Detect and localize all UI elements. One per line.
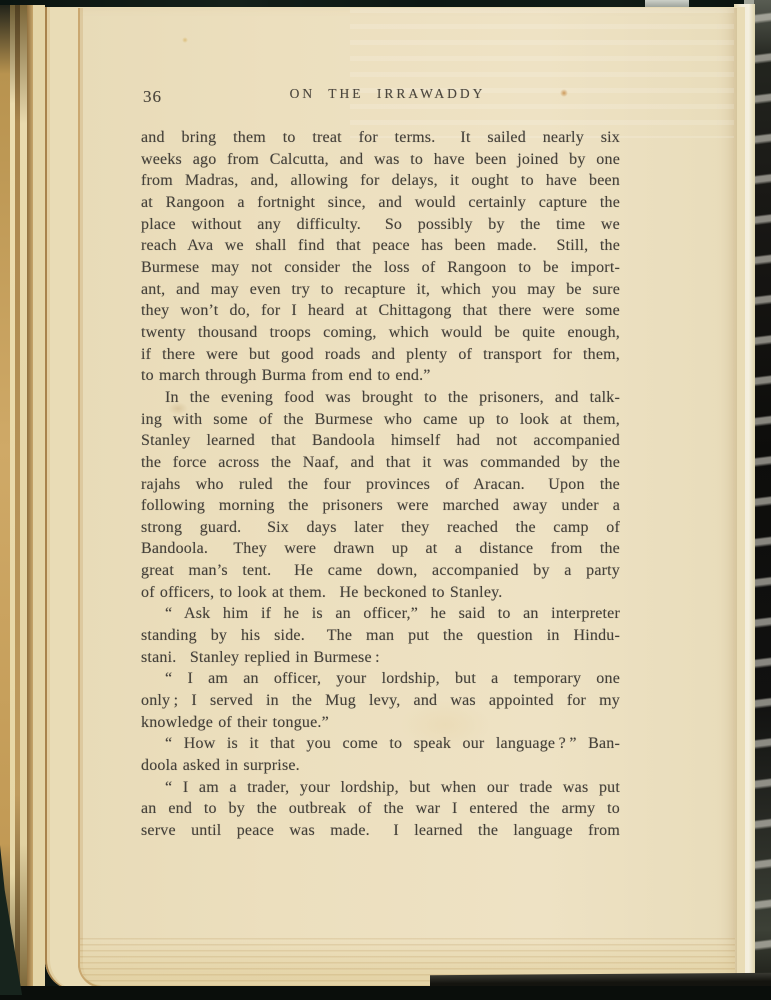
- text-line: knowledge of their tongue.”: [141, 712, 620, 734]
- body-text: and bring them to treat for terms. It sa…: [141, 127, 620, 842]
- page-number: 36: [143, 87, 162, 107]
- text-line: standing by his side. The man put the qu…: [141, 625, 620, 647]
- running-title: ON THE IRRAWADDY: [141, 86, 620, 102]
- page-stack-edge: [33, 5, 45, 992]
- text-line: “ Ask him if he is an officer,” he said …: [141, 603, 620, 625]
- text-line: an end to by the outbreak of the war I e…: [141, 798, 620, 820]
- text-line: only ; I served in the Mug levy, and was…: [141, 690, 620, 712]
- paragraph: “ I am a trader, your lordship, but when…: [141, 777, 620, 842]
- text-line: at Rangoon a fortnight since, and would …: [141, 192, 620, 214]
- text-line: “ How is it that you come to speak our l…: [141, 733, 620, 755]
- text-line: “ I am an officer, your lordship, but a …: [141, 668, 620, 690]
- text-line: Stanley learned that Bandoola himself ha…: [141, 430, 620, 452]
- text-line: and bring them to treat for terms. It sa…: [141, 127, 620, 149]
- paragraph: “ I am an officer, your lordship, but a …: [141, 668, 620, 733]
- text-line: Burmese may not consider the loss of Ran…: [141, 257, 620, 279]
- text-line: stani. Stanley replied in Burmese :: [141, 647, 620, 669]
- scanned-book-page: 36 ON THE IRRAWADDY and bring them to tr…: [0, 0, 771, 1000]
- page-stack-edge: [20, 5, 27, 992]
- text-line: to march through Burma from end to end.”: [141, 365, 620, 387]
- paragraph: In the evening food was brought to the p…: [141, 387, 620, 604]
- text-line: place without any difficulty. So possibl…: [141, 214, 620, 236]
- text-line: twenty thousand troops coming, which wou…: [141, 322, 620, 344]
- text-line: reach Ava we shall find that peace has b…: [141, 235, 620, 257]
- text-line: Bandoola. They were drawn up at a distan…: [141, 538, 620, 560]
- paragraph: “ How is it that you come to speak our l…: [141, 733, 620, 776]
- text-line: serve until peace was made. I learned th…: [141, 820, 620, 842]
- text-line: great man’s tent. He came down, accompan…: [141, 560, 620, 582]
- page-stack-edge: [0, 5, 10, 992]
- text-line: of officers, to look at them. He beckone…: [141, 582, 620, 604]
- paragraph: and bring them to treat for terms. It sa…: [141, 127, 620, 387]
- text-line: the force across the Naaf, and that it w…: [141, 452, 620, 474]
- text-line: they won’t do, for I heard at Chittagong…: [141, 300, 620, 322]
- text-line: strong guard. Six days later they reache…: [141, 517, 620, 539]
- text-line: following morning the prisoners were mar…: [141, 495, 620, 517]
- book-cover-bottom-edge: [0, 986, 771, 1000]
- text-line: rajahs who ruled the four provinces of A…: [141, 474, 620, 496]
- text-line: doola asked in surprise.: [141, 755, 620, 777]
- text-line: “ I am a trader, your lordship, but when…: [141, 777, 620, 799]
- facing-plate-illustration-edge: [754, 0, 771, 1000]
- text-line: In the evening food was brought to the p…: [141, 387, 620, 409]
- text-line: ing with some of the Burmese who came up…: [141, 409, 620, 431]
- text-line: ant, and may even try to recapture it, w…: [141, 279, 620, 301]
- page-stain: [182, 37, 188, 43]
- text-line: if there were but good roads and plenty …: [141, 344, 620, 366]
- text-line: weeks ago from Calcutta, and was to have…: [141, 149, 620, 171]
- page-header: 36 ON THE IRRAWADDY: [141, 86, 620, 106]
- text-line: from Madras, and, allowing for delays, i…: [141, 170, 620, 192]
- text-column: 36 ON THE IRRAWADDY and bring them to tr…: [141, 86, 620, 842]
- paragraph: “ Ask him if he is an officer,” he said …: [141, 603, 620, 668]
